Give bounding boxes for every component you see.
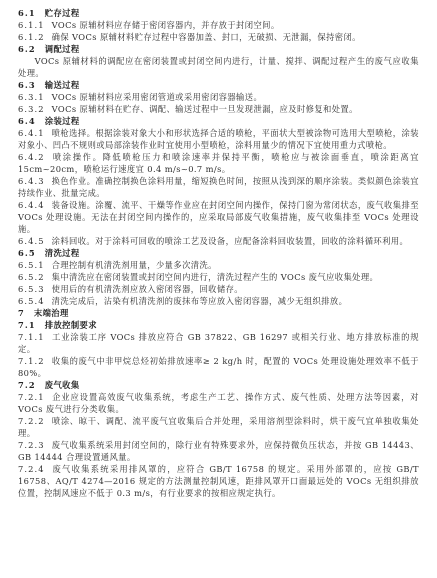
heading-title: 调配过程 (45, 44, 80, 54)
clause-text: 废气收集系统采用排风罩的，应符合 GB/T 16758 的规定。采用外部罩的，应… (18, 464, 419, 498)
clause-number: 6.3.1 (18, 92, 45, 102)
heading-title: 末端治理 (34, 308, 69, 318)
heading-title: 清洗过程 (45, 248, 80, 258)
clause-text: 使用后的有机清洗剂应放入密闭容器，回收储存。 (52, 284, 243, 294)
clause-number: 6.4.3 (18, 176, 45, 186)
clause-text: VOCs 原辅材料应采用密闭管道或采用密闭容器输送。 (52, 92, 263, 102)
clause-7.2.2: 7.2.2喷涂、晾干、调配、流平废气宜收集后合并处理，采用溶剂型涂料时，烘干废气… (18, 415, 419, 439)
heading-number: 7.1 (18, 320, 36, 330)
clause-number: 7.2.3 (18, 440, 45, 450)
document-page: 6.1贮存过程6.1.1VOCs 原辅材料应存储于密闭容器内，并存放于封闭空间。… (0, 0, 437, 578)
clause-text: 清洗完成后，沾染有机清洗剂的废抹布等应放入密闭容器，减少无组织排放。 (52, 296, 348, 306)
clause-6.1.1: 6.1.1VOCs 原辅材料应存储于密闭容器内，并存放于封闭空间。 (18, 19, 419, 31)
clause-number: 7.2.4 (18, 464, 45, 474)
clause-7.2.3: 7.2.3废气收集系统采用封闭空间的，除行业有特殊要求外，应保持微负压状态，并按… (18, 439, 419, 463)
clause-6.5.1: 6.5.1合理控制有机清洗剂用量，少量多次清洗。 (18, 259, 419, 271)
heading-number: 6.4 (18, 116, 36, 126)
section-heading-6.2: 6.2调配过程 (18, 43, 419, 55)
heading-number: 6.3 (18, 80, 36, 90)
section-heading-7.1: 7.1排放控制要求 (18, 319, 419, 331)
paragraph-4: VOCs 原辅材料的调配应在密闭装置或封闭空间内进行，计量、搅拌、调配过程产生的… (18, 55, 419, 79)
heading-number: 6.5 (18, 248, 36, 258)
clause-7.2.4: 7.2.4废气收集系统采用排风罩的，应符合 GB/T 16758 的规定。采用外… (18, 463, 419, 499)
clause-text: 涂料回收。对于涂料可回收的喷涂工艺及设备，应配备涂料回收装置，回收的涂料循环利用… (52, 236, 409, 246)
clause-number: 6.5.4 (18, 296, 45, 306)
clause-text: 废气收集系统采用封闭空间的，除行业有特殊要求外，应保持微负压状态，并按 GB 1… (18, 440, 419, 462)
clause-6.3.2: 6.3.2VOCs 原辅材料在贮存、调配、输送过程中一旦发现泄漏，应及时修复和处… (18, 103, 419, 115)
section-heading-7: 7末端治理 (18, 307, 419, 319)
heading-number: 6.1 (18, 8, 36, 18)
clause-text: 换色作业。准确控制换色涂料用量，缩短换色时间，按照从浅到深的顺序涂装。类似颜色涂… (18, 176, 419, 198)
heading-title: 输送过程 (45, 80, 80, 90)
clause-number: 6.4.2 (18, 152, 45, 162)
clause-number: 6.1.2 (18, 32, 45, 42)
clause-number: 6.5.3 (18, 284, 45, 294)
clause-text: VOCs 原辅材料应存储于密闭容器内，并存放于封闭空间。 (52, 20, 280, 30)
clause-text: 收集的废气中非甲烷总烃初始排放速率≥ 2 kg/h 时，配置的 VOCs 处理设… (18, 356, 419, 378)
clause-number: 7.1.1 (18, 332, 45, 342)
clause-text: VOCs 原辅材料在贮存、调配、输送过程中一旦发现泄漏，应及时修复和处置。 (52, 104, 358, 114)
heading-title: 贮存过程 (45, 8, 80, 18)
clause-number: 6.1.1 (18, 20, 45, 30)
clause-6.4.4: 6.4.4装备设施。涂覆、流平、干燥等作业应在封闭空间内操作，保持门窗为常闭状态… (18, 199, 419, 235)
clause-6.4.2: 6.4.2喷涂操作。降低喷枪压力和喷涂速率并保持平衡，喷枪应与被涂面垂直，喷涂距… (18, 151, 419, 175)
clause-6.5.3: 6.5.3使用后的有机清洗剂应放入密闭容器，回收储存。 (18, 283, 419, 295)
clause-number: 6.4.1 (18, 128, 45, 138)
heading-number: 7 (18, 308, 25, 318)
clause-number: 7.1.2 (18, 356, 45, 366)
clause-text: 合理控制有机清洗剂用量，少量多次清洗。 (52, 260, 217, 270)
clause-number: 6.3.2 (18, 104, 45, 114)
heading-number: 6.2 (18, 44, 36, 54)
heading-number: 7.2 (18, 380, 36, 390)
clause-text: 集中清洗应在密闭装置或封闭空间内进行，清洗过程产生的 VOCs 废气应收集处理。 (52, 272, 379, 282)
clause-6.4.5: 6.4.5涂料回收。对于涂料可回收的喷涂工艺及设备，应配备涂料回收装置，回收的涂… (18, 235, 419, 247)
clause-7.2.1: 7.2.1企业应设置高效废气收集系统，考虑生产工艺、操作方式、废气性质、处理方法… (18, 391, 419, 415)
clause-number: 6.4.4 (18, 200, 45, 210)
clause-text: 喷涂操作。降低喷枪压力和喷涂速率并保持平衡，喷枪应与被涂面垂直，喷涂距离宜 15… (18, 152, 419, 174)
clause-number: 6.4.5 (18, 236, 45, 246)
clause-7.1.1: 7.1.1工业涂装工序 VOCs 排放应符合 GB 37822、GB 16297… (18, 331, 419, 355)
clause-text: 喷涂、晾干、调配、流平废气宜收集后合并处理，采用溶剂型涂料时，烘干废气宜单独收集… (18, 416, 419, 438)
section-heading-6.4: 6.4涂装过程 (18, 115, 419, 127)
clause-7.1.2: 7.1.2收集的废气中非甲烷总烃初始排放速率≥ 2 kg/h 时，配置的 VOC… (18, 355, 419, 379)
clause-text: 工业涂装工序 VOCs 排放应符合 GB 37822、GB 16297 或相关行… (18, 332, 419, 354)
heading-title: 废气收集 (45, 380, 80, 390)
clause-6.4.1: 6.4.1喷枪选择。根据涂装对象大小和形状选择合适的喷枪，平面状大型被涂物可选用… (18, 127, 419, 151)
clause-text: 企业应设置高效废气收集系统，考虑生产工艺、操作方式、废气性质、处理方法等因素，对… (18, 392, 419, 414)
heading-title: 涂装过程 (45, 116, 80, 126)
clause-number: 7.2.1 (18, 392, 45, 402)
section-heading-6.3: 6.3输送过程 (18, 79, 419, 91)
heading-title: 排放控制要求 (45, 320, 97, 330)
clause-6.4.3: 6.4.3换色作业。准确控制换色涂料用量，缩短换色时间，按照从浅到深的顺序涂装。… (18, 175, 419, 199)
clause-number: 6.5.2 (18, 272, 45, 282)
section-heading-7.2: 7.2废气收集 (18, 379, 419, 391)
clause-text: 确保 VOCs 原辅材料贮存过程中容器加盖、封口，无破损、无泄漏，保持密闭。 (52, 32, 361, 42)
clause-6.5.4: 6.5.4清洗完成后，沾染有机清洗剂的废抹布等应放入密闭容器，减少无组织排放。 (18, 295, 419, 307)
clause-text: 装备设施。涂覆、流平、干燥等作业应在封闭空间内操作，保持门窗为常闭状态，废气收集… (18, 200, 419, 234)
paragraph-text: VOCs 原辅材料的调配应在密闭装置或封闭空间内进行，计量、搅拌、调配过程产生的… (18, 56, 419, 78)
clause-6.5.2: 6.5.2集中清洗应在密闭装置或封闭空间内进行，清洗过程产生的 VOCs 废气应… (18, 271, 419, 283)
document-body: 6.1贮存过程6.1.1VOCs 原辅材料应存储于密闭容器内，并存放于封闭空间。… (18, 7, 419, 499)
section-heading-6.1: 6.1贮存过程 (18, 7, 419, 19)
clause-6.1.2: 6.1.2确保 VOCs 原辅材料贮存过程中容器加盖、封口，无破损、无泄漏，保持… (18, 31, 419, 43)
clause-number: 6.5.1 (18, 260, 45, 270)
clause-text: 喷枪选择。根据涂装对象大小和形状选择合适的喷枪，平面状大型被涂物可选用大型喷枪，… (18, 128, 419, 150)
clause-6.3.1: 6.3.1VOCs 原辅材料应采用密闭管道或采用密闭容器输送。 (18, 91, 419, 103)
clause-number: 7.2.2 (18, 416, 45, 426)
section-heading-6.5: 6.5清洗过程 (18, 247, 419, 259)
